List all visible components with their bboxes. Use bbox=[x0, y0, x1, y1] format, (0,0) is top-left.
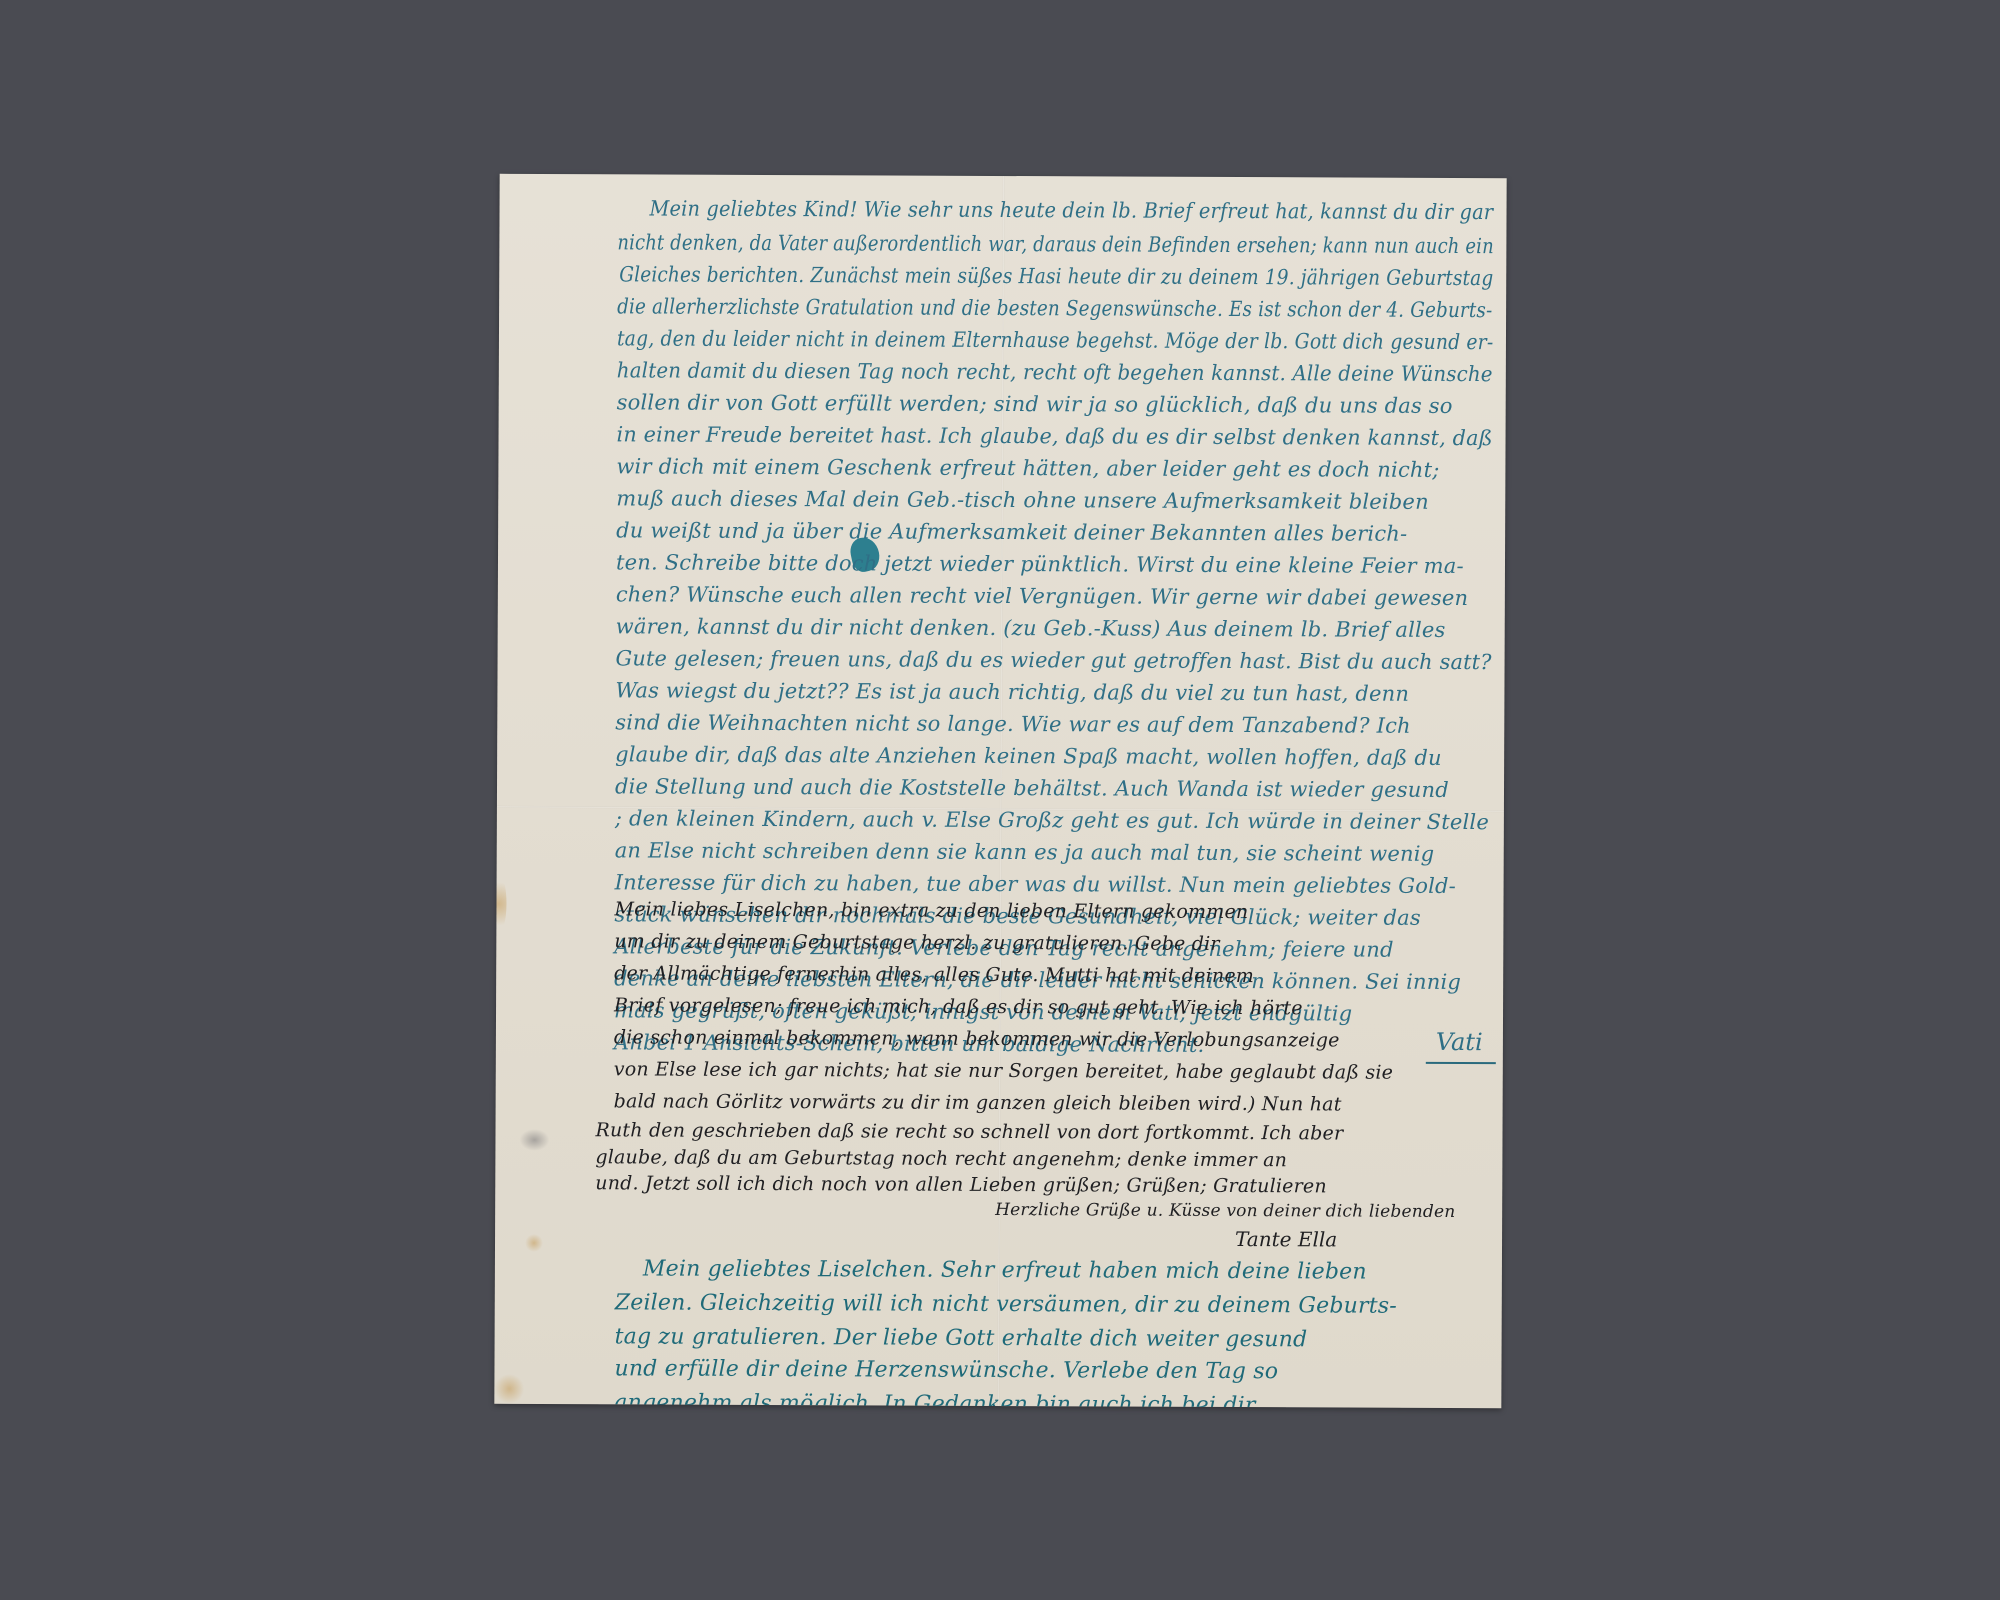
handwritten-line: ; den kleinen Kindern, auch v. Else Groß… bbox=[615, 806, 1489, 834]
signature-tante-ella: Tante Ella bbox=[1235, 1227, 1337, 1251]
handwritten-line: Mein geliebtes Liselchen. Sehr erfreut h… bbox=[643, 1256, 1367, 1284]
letter-paper: Mein geliebtes Kind! Wie sehr uns heute … bbox=[494, 174, 1506, 1408]
ink-smudge bbox=[519, 1129, 549, 1151]
handwritten-line: Ruth den geschrieben daß sie recht so sc… bbox=[595, 1119, 1343, 1144]
handwritten-line: sollen dir von Gott erfüllt werden; sind… bbox=[617, 390, 1453, 418]
handwritten-line: tag, den du leider nicht in deinem Elter… bbox=[617, 326, 1494, 354]
handwritten-line: muß auch dieses Mal dein Geb.-tisch ohne… bbox=[616, 486, 1429, 514]
handwritten-line: Interesse für dich zu haben, tue aber wa… bbox=[615, 870, 1456, 898]
handwritten-line: nicht denken, da Vater außerordentlich w… bbox=[617, 230, 1494, 258]
handwritten-line: und erfülle dir deine Herzenswünsche. Ve… bbox=[614, 1356, 1278, 1384]
handwritten-line: Was wiegst du jetzt?? Es ist ja auch ric… bbox=[615, 678, 1409, 705]
handwritten-line: und. Jetzt soll ich dich noch von allen … bbox=[595, 1172, 1327, 1197]
handwritten-line: tag zu gratulieren. Der liebe Gott erhal… bbox=[615, 1324, 1308, 1352]
handwritten-line: die allerherzlichste Gratulation und die… bbox=[617, 294, 1492, 322]
handwritten-line: chen? Wünsche euch allen recht viel Verg… bbox=[616, 582, 1469, 610]
handwritten-line: halten damit du diesen Tag noch recht, r… bbox=[617, 358, 1493, 386]
handwritten-line: angenehm als möglich. In Gedanken bin au… bbox=[614, 1390, 1260, 1408]
handwritten-line: der Allmächtige fernerhin alles, alles G… bbox=[614, 962, 1254, 987]
handwritten-line: von Else lese ich gar nichts; hat sie nu… bbox=[614, 1058, 1393, 1083]
handwritten-line: die Stellung und auch die Koststelle beh… bbox=[615, 774, 1449, 802]
age-stain bbox=[525, 1234, 543, 1252]
handwritten-line: an Else nicht schreiben denn sie kann es… bbox=[615, 838, 1435, 866]
handwritten-line: Herzliche Grüße u. Küsse von deiner dich… bbox=[995, 1200, 1455, 1222]
handwritten-line: Gleiches berichten. Zunächst mein süßes … bbox=[619, 262, 1493, 290]
handwritten-line: Mein geliebtes Kind! Wie sehr uns heute … bbox=[649, 196, 1493, 224]
handwritten-line: bald nach Görlitz vorwärts zu dir im gan… bbox=[614, 1090, 1342, 1115]
signature-vati: Vati bbox=[1436, 1028, 1483, 1056]
age-stain bbox=[494, 1374, 524, 1404]
handwritten-line: Gute gelesen; freuen uns, daß du es wied… bbox=[616, 646, 1492, 674]
signature-underline bbox=[1426, 1062, 1496, 1064]
handwritten-line: wären, kannst du dir nicht denken. (zu G… bbox=[616, 614, 1446, 642]
handwritten-line: Brief vorgelesen; freue ich mich, daß es… bbox=[614, 994, 1303, 1019]
handwritten-line: in einer Freude bereitet hast. Ich glaub… bbox=[617, 422, 1493, 450]
handwritten-line: ten. Schreibe bitte doch jetzt wieder pü… bbox=[616, 550, 1464, 578]
handwritten-line: Mein liebes Liselchen, bin extra zu den … bbox=[614, 898, 1248, 923]
handwritten-line: wir dich mit einem Geschenk erfreut hätt… bbox=[616, 454, 1439, 482]
handwritten-line: du weißt und ja über die Aufmerksamkeit … bbox=[616, 518, 1407, 545]
handwritten-line: glaube dir, daß das alte Anziehen keinen… bbox=[615, 742, 1442, 770]
handwritten-line: sind die Weihnachten nicht so lange. Wie… bbox=[615, 710, 1411, 737]
handwritten-line: glaube, daß du am Geburtstag noch recht … bbox=[595, 1146, 1287, 1171]
handwritten-line: Zeilen. Gleichzeitig will ich nicht vers… bbox=[615, 1290, 1397, 1318]
age-stain bbox=[494, 874, 506, 934]
handwritten-line: um dir zu deinem Geburtstage herzl. zu g… bbox=[614, 930, 1219, 955]
handwritten-line: die schon einmal bekommen, wann bekommen… bbox=[614, 1026, 1340, 1051]
